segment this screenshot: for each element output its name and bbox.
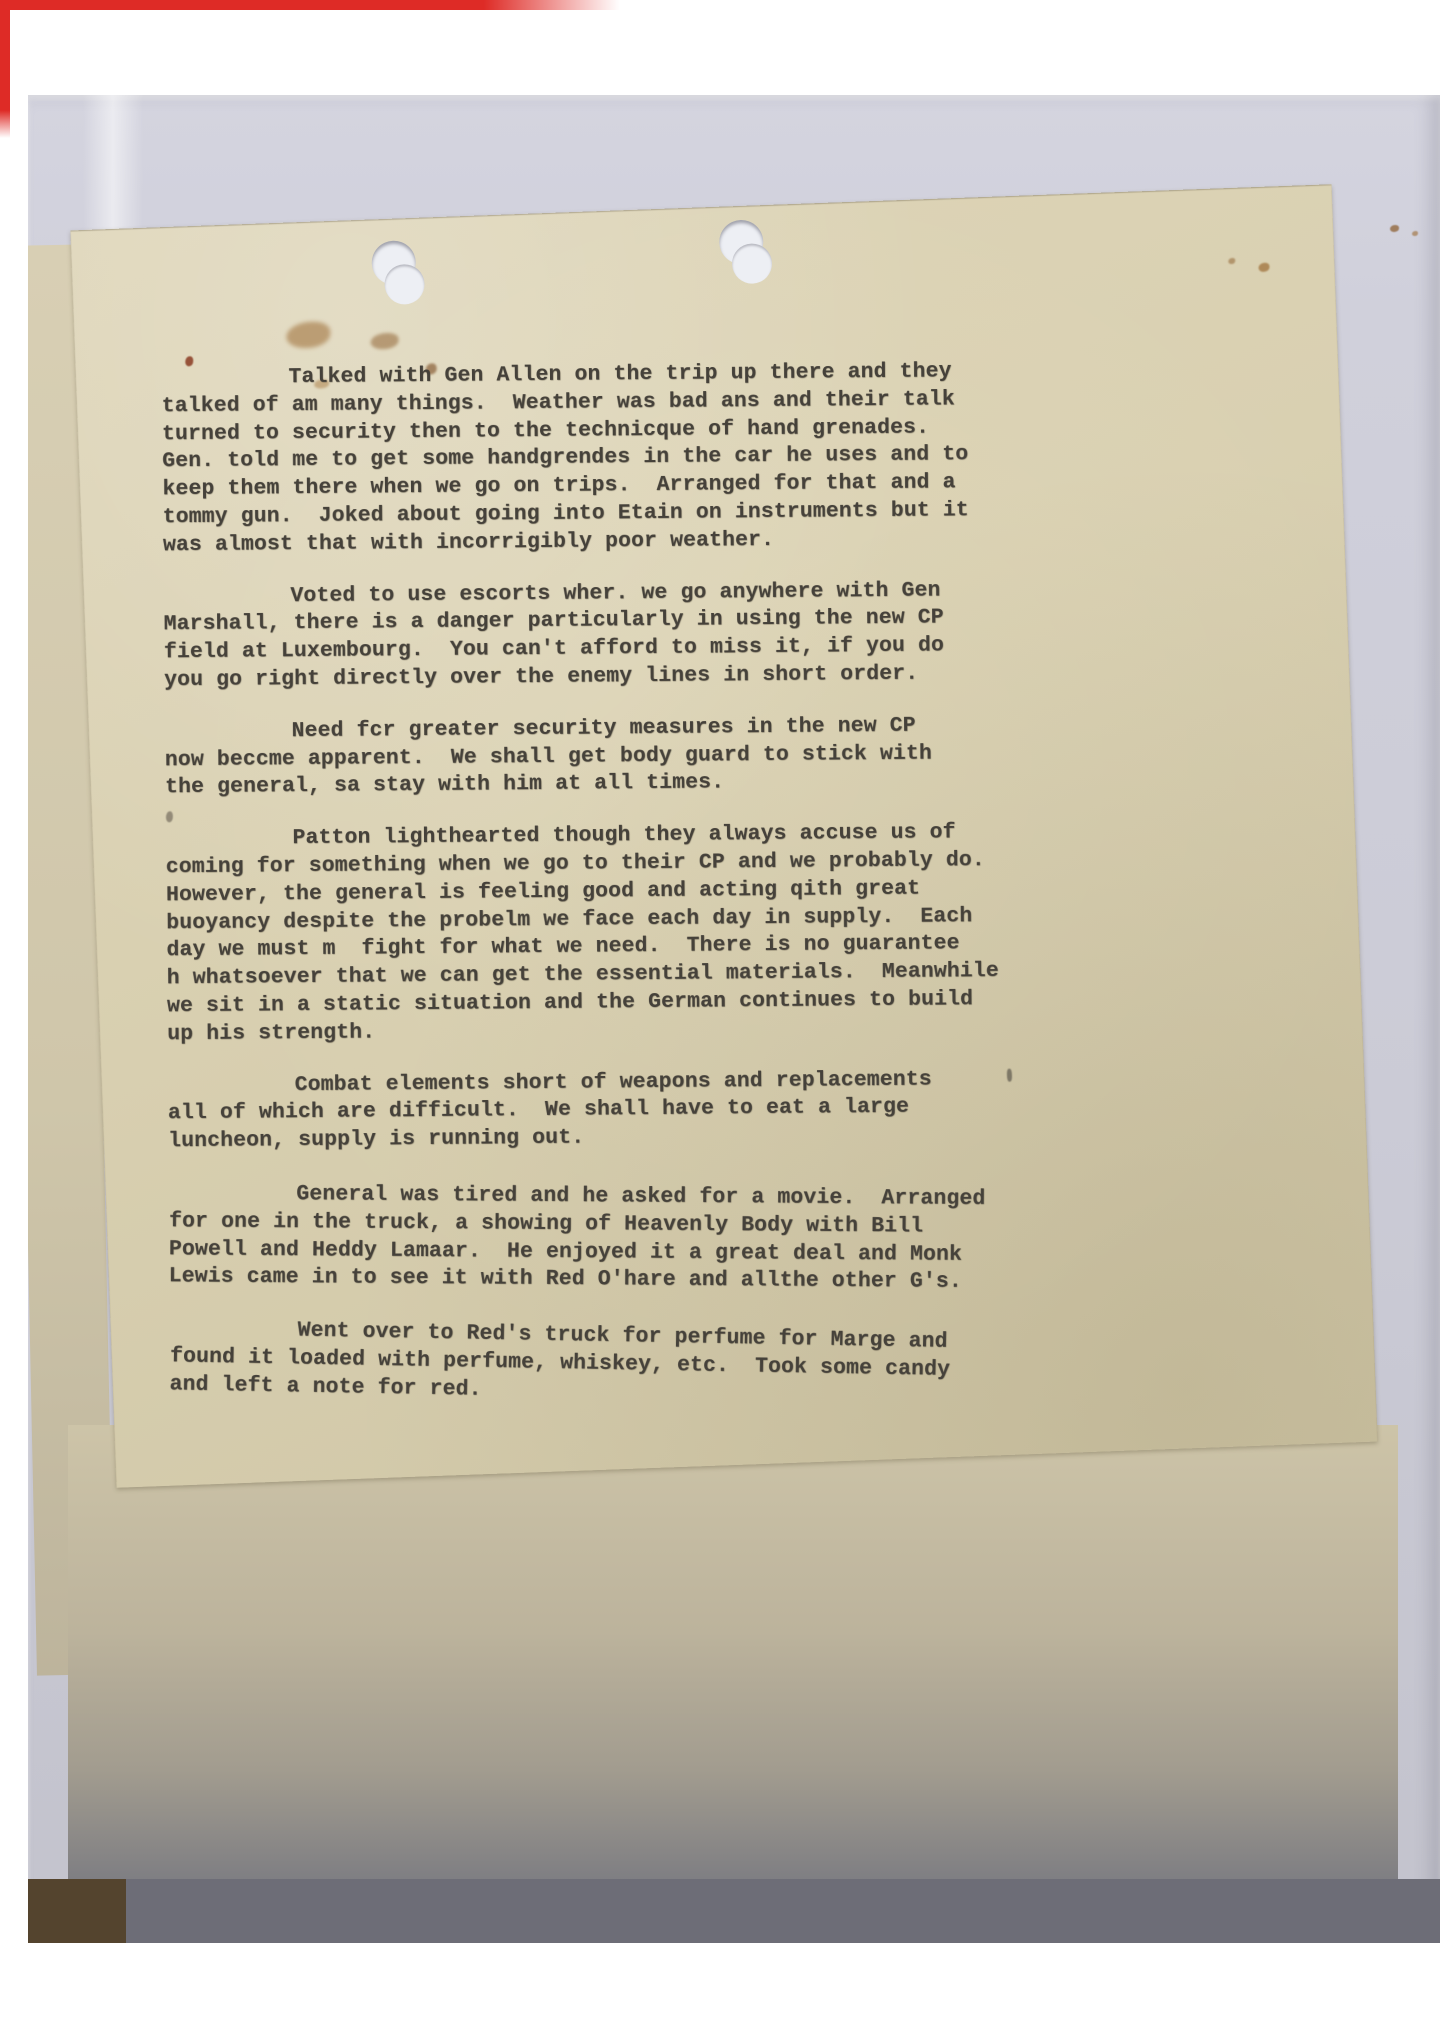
paragraph: Voted to use escorts wher. we go anywher… (163, 574, 1244, 695)
rust-stain (1390, 225, 1399, 232)
document-page: Talked with Gen Allen on the trip up the… (70, 184, 1377, 1487)
red-crop-mark-left (0, 0, 10, 138)
rust-stain (370, 333, 399, 350)
rust-stain (1228, 258, 1235, 264)
paragraph: Combat elements short of weapons and rep… (168, 1063, 1249, 1156)
paragraph: General was tired and he asked for a mov… (169, 1180, 1250, 1299)
rust-stain (1258, 263, 1269, 272)
photo-bottom-band (28, 1879, 1440, 1943)
photo-bottom-corner (28, 1879, 126, 1943)
red-crop-mark-top (0, 0, 620, 10)
paragraph: Talked with Gen Allen on the trip up the… (161, 356, 1243, 560)
rust-stain (286, 321, 331, 349)
hole-punch-right (718, 219, 776, 287)
typewritten-text: Talked with Gen Allen on the trip up the… (161, 356, 1250, 1423)
paper-stack-bottom (68, 1425, 1398, 1885)
paragraph: Need fcr greater security measures in th… (164, 710, 1245, 803)
paragraph: Patton lighthearted though they always a… (165, 817, 1247, 1049)
hole-punch-left (371, 239, 429, 307)
scanned-document-screenshot: { "scan": { "colors": { "paper": "#d9d0b… (0, 0, 1440, 2038)
paragraph: Went over to Red's truck for perfume for… (169, 1315, 1250, 1417)
rust-stain (1412, 231, 1418, 236)
photo-background: Talked with Gen Allen on the trip up the… (28, 95, 1440, 1943)
